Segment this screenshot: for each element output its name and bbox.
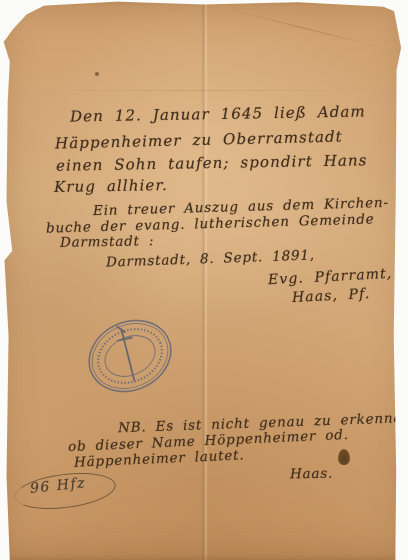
horizontal-crease (20, 90, 380, 91)
handwritten-line: Krug allhier. (54, 176, 168, 196)
paper-speck (95, 72, 99, 76)
handwritten-line: einen Sohn taufen; spondirt Hans (56, 151, 368, 174)
sword-emblem (112, 323, 148, 380)
handwritten-line: Darmstadt : (60, 233, 155, 251)
document-scan: Den 12. Januar 1645 ließ Adam Häppenheim… (0, 0, 408, 560)
handwritten-line: Den 12. Januar 1645 ließ Adam (70, 102, 366, 125)
ink-stamp (72, 301, 189, 412)
ink-blot-stain (338, 449, 350, 465)
paper-sheet: Den 12. Januar 1645 ließ Adam Häppenheim… (0, 0, 408, 560)
vertical-fold-crease (201, 0, 208, 560)
handwritten-line: Häppenheimer zu Oberramstadt (55, 127, 343, 152)
note-signature: Haas. (290, 466, 333, 483)
corner-crease (232, 10, 378, 47)
dateline: Darmstadt, 8. Sept. 1891, (106, 247, 315, 270)
signature-office: Evg. Pfarramt, (268, 266, 393, 288)
signature-name: Haas, Pf. (292, 286, 371, 306)
